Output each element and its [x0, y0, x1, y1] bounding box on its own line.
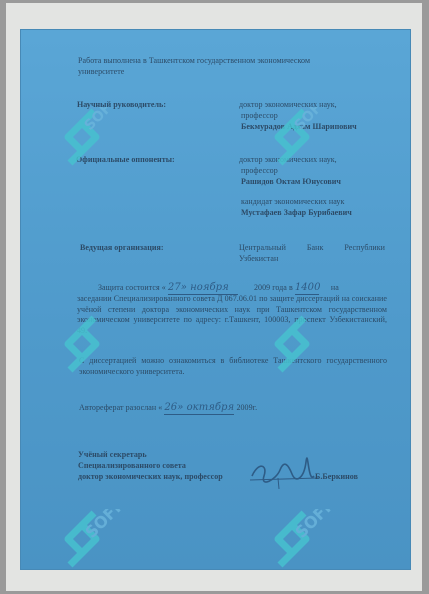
svg-text:SOFF: SOFF — [81, 509, 128, 542]
opponent2-degree: кандидат экономических наук — [241, 197, 344, 208]
opponent2-name: Мустафаев Зафар Бурибаевич — [241, 208, 352, 219]
defense-first-line: Защита состоится « 27» ноября 2009 года … — [98, 283, 386, 295]
watermark-logo-icon: SOFF — [270, 509, 340, 569]
intro-text: Работа выполнена в Ташкентском государст… — [78, 56, 338, 77]
secretary-line2: Специализированного совета — [78, 461, 186, 472]
defense-time-handwritten: 1400 — [295, 283, 319, 295]
secretary-name: Б.Беркинов — [315, 472, 358, 483]
supervisor-degree: доктор экономических наук, — [239, 100, 337, 111]
mailing-date-handwritten: 26» октября — [164, 403, 234, 415]
defense-body: заседании Специализированного совета Д 0… — [77, 294, 387, 336]
secretary-line3: доктор экономических наук, профессор — [78, 472, 223, 483]
watermark-logo-icon: SOFF — [60, 509, 130, 569]
mailing-line: Автореферат разослан « 26» октября 2009г… — [79, 403, 257, 415]
opponent1-name: Рашидов Октам Юнусович — [241, 177, 341, 188]
lead-org-line1: Центральный Банк Республики — [239, 243, 385, 254]
lead-org-label: Ведущая организация: — [80, 243, 164, 254]
svg-text:SOFF: SOFF — [291, 509, 338, 542]
lead-org-line2: Узбекистан — [239, 254, 278, 265]
defense-year: 2009 года в — [254, 283, 293, 292]
document-page: Работа выполнена в Ташкентском государст… — [20, 29, 411, 570]
secretary-line1: Учёный секретарь — [78, 450, 147, 461]
mailing-prefix: Автореферат разослан « — [79, 403, 162, 412]
defense-prefix: Защита состоится « — [98, 283, 166, 292]
defense-date-handwritten: 27» ноября — [168, 283, 238, 295]
supervisor-title: профессор — [241, 111, 278, 122]
signature-icon — [248, 454, 320, 495]
supervisor-name: Бекмурадов Адхам Шарипович — [241, 122, 357, 133]
opponent1-degree: доктор экономических наук, — [239, 155, 337, 166]
opponents-label: Официальные оппоненты: — [76, 155, 175, 166]
defense-suffix: на — [331, 283, 339, 292]
scanned-sheet: Работа выполнена в Ташкентском государст… — [6, 3, 422, 591]
supervisor-label: Научный руководитель: — [77, 100, 166, 111]
library-text: С диссертацией можно ознакомиться в библ… — [79, 356, 387, 377]
svg-text:SOFF: SOFF — [82, 107, 120, 134]
mailing-suffix: 2009г. — [236, 403, 257, 412]
opponent1-title: профессор — [241, 166, 278, 177]
